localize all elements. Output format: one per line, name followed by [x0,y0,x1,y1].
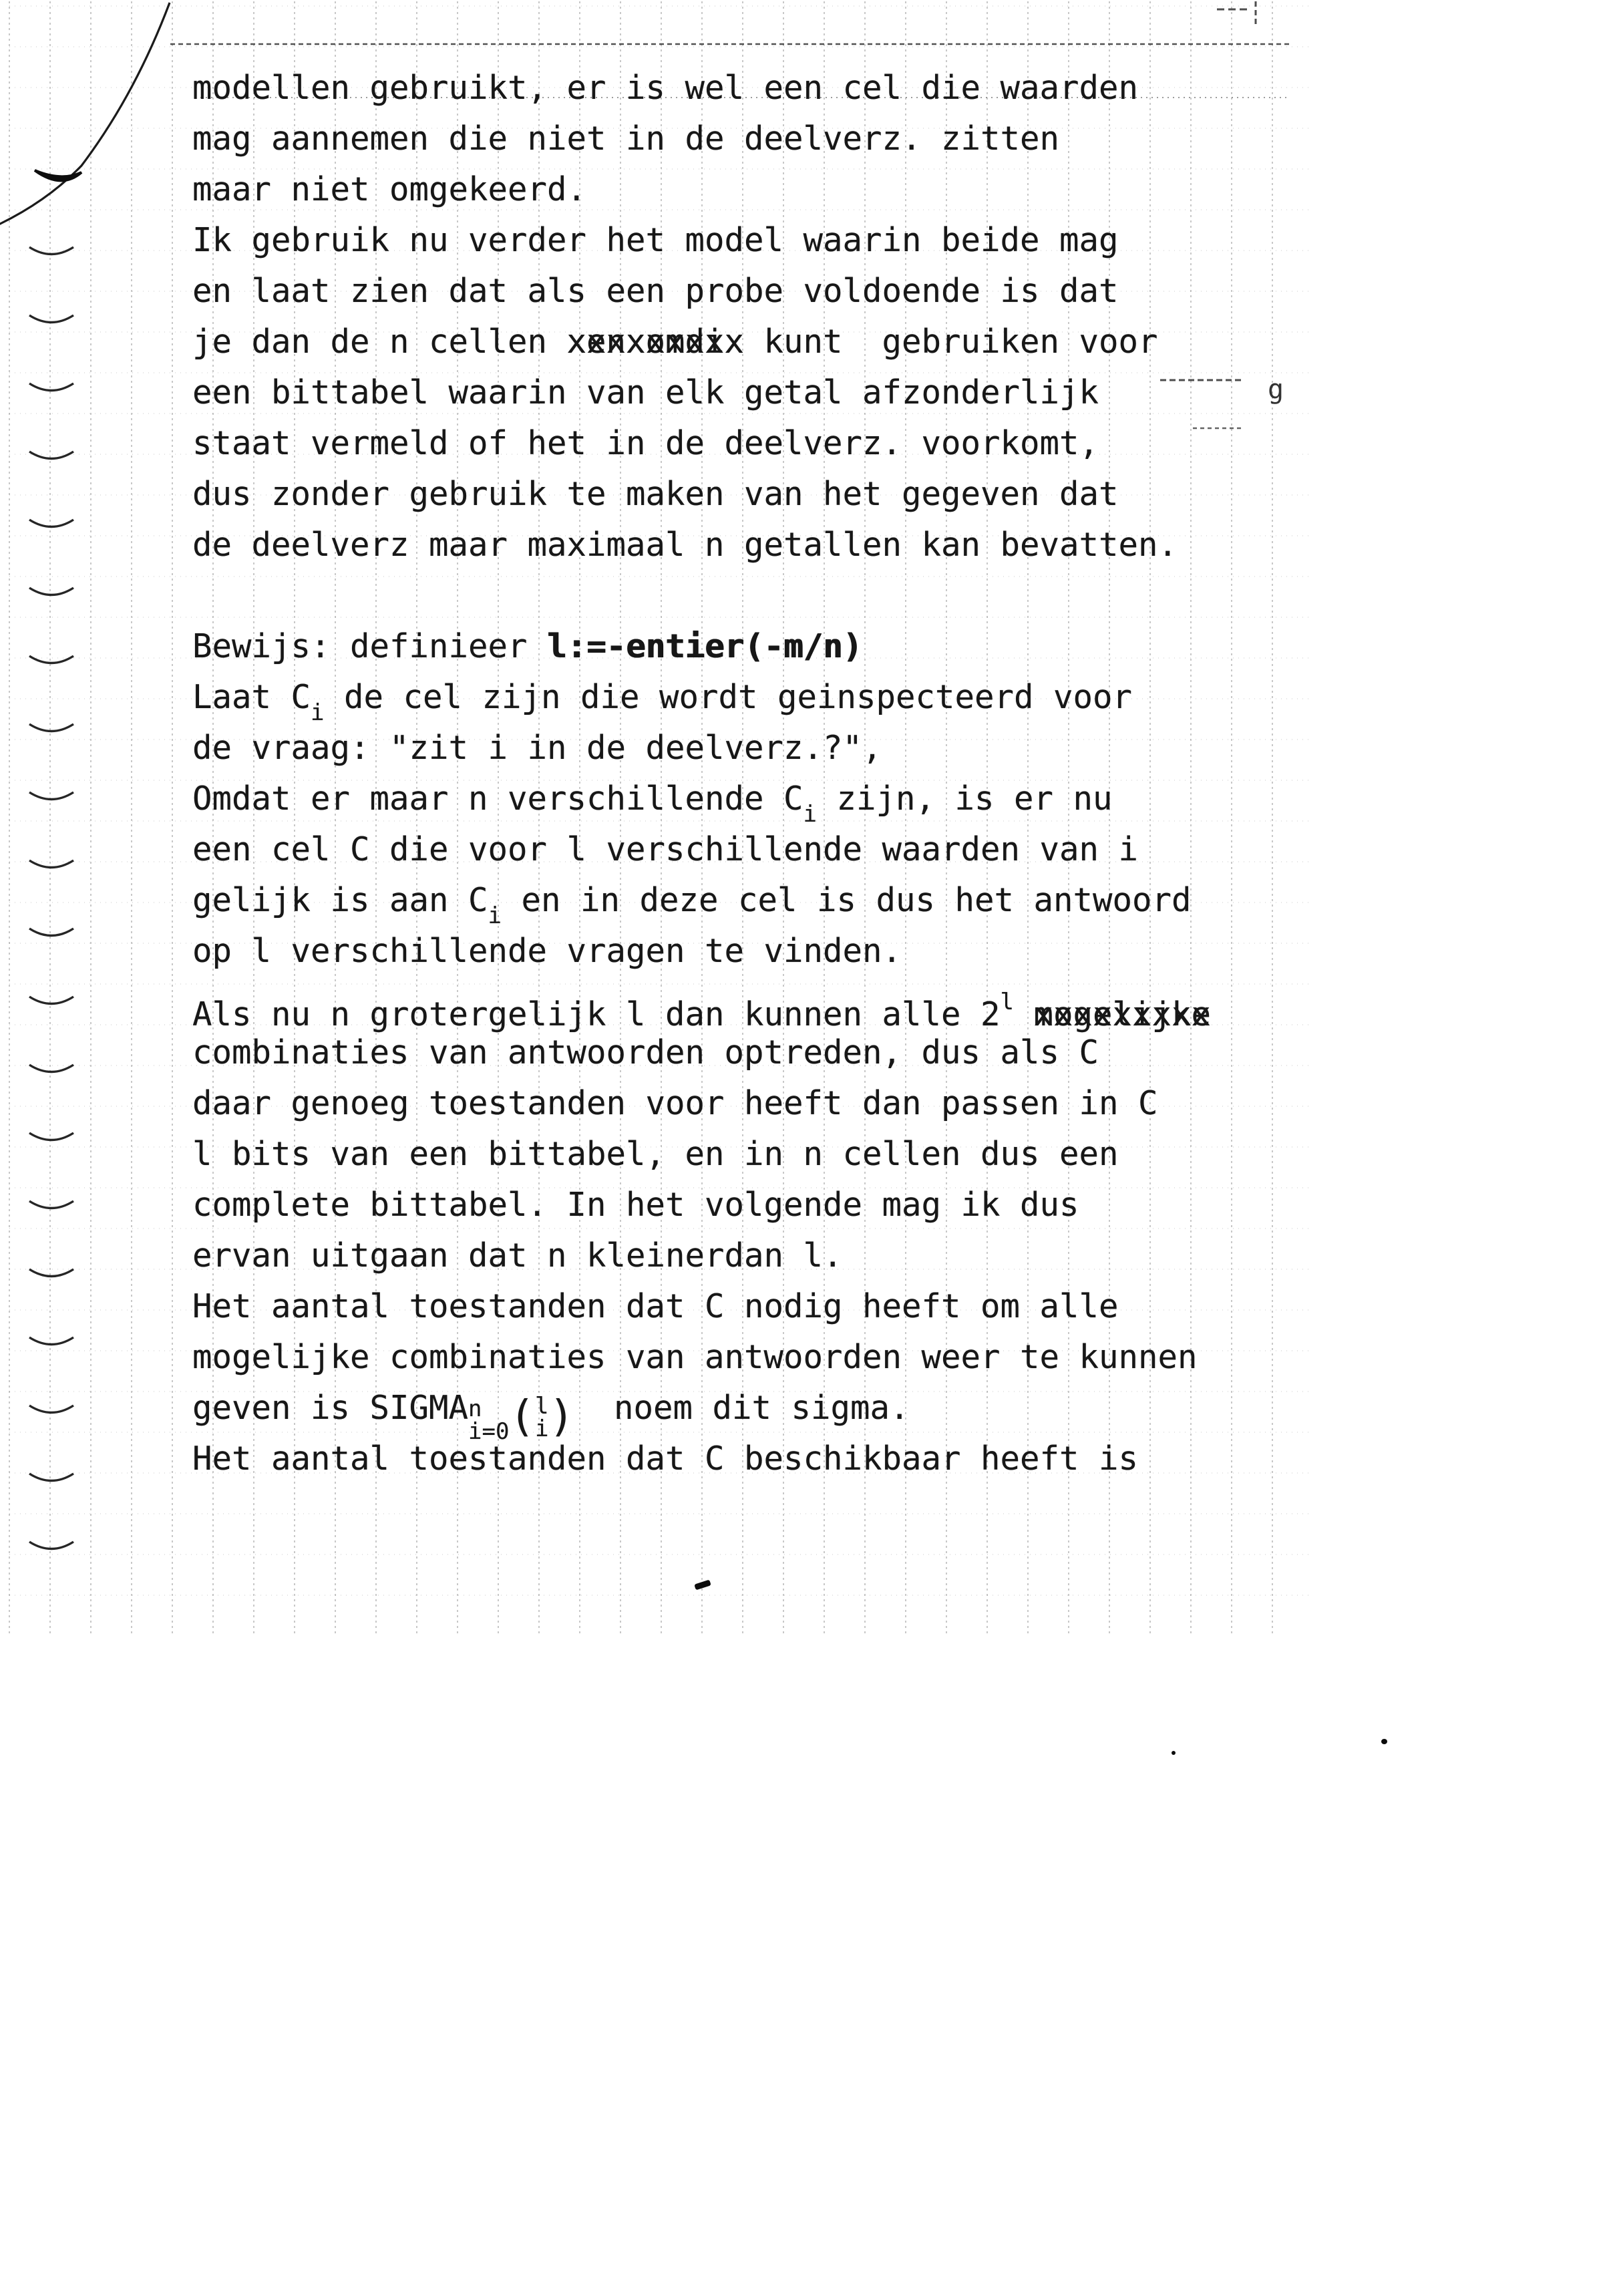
binding-arc [29,656,73,663]
text-line: en laat zien dat als een probe voldoende… [192,266,1211,317]
text-line: een cel C die voor l verschillende waard… [192,824,1211,875]
scanned-page: modellen gebruikt, er is wel een cel die… [0,0,1609,2296]
binding-arc [29,1474,73,1481]
text-line [192,570,1211,621]
binding-arc [29,1065,73,1072]
binding-arcs [29,247,73,1549]
binding-arc [29,1269,73,1277]
text-line: een bittabel waarin van elk getal afzond… [192,367,1211,418]
text-line: modellen gebruikt, er is wel een cel die… [192,63,1211,114]
text-line: Het aantal toestanden dat C nodig heeft … [192,1281,1211,1332]
binding-arc [29,1337,73,1345]
sigma-symbol: SIGMA [370,1389,469,1427]
subscript: i [488,903,502,929]
crossed-out-word: mogelijkexxxxxxxxx [1034,989,1212,1040]
text-line: geven is SIGMAni=0(li) noem dit sigma. [192,1383,1211,1434]
text-line: Bewijs: definieer l:=-entier(-m/n) [192,621,1211,672]
text-line: gelijk is aan Ci en in deze cel is dus h… [192,875,1211,926]
text-line: je dan de n cellen xenxomdixxxxxxxxxx ku… [192,317,1211,367]
text-line: Laat Ci de cel zijn die wordt geinspecte… [192,672,1211,723]
binding-arc [29,792,73,800]
text-line: Ik gebruik nu verder het model waarin be… [192,215,1211,266]
text-line: staat vermeld of het in de deelverz. voo… [192,418,1211,469]
binding-arc [29,520,73,527]
binding-arc [29,1406,73,1413]
crossed-out-word: xenxomdixxxxxxxxxx [567,317,745,367]
text-line: op l verschillende vragen te vinden. [192,926,1211,977]
text-line: Als nu n grotergelijk l dan kunnen alle … [192,977,1211,1027]
text-line: mogelijke combinaties van antwoorden wee… [192,1332,1211,1383]
text-line: Het aantal toestanden dat C beschikbaar … [192,1434,1211,1484]
binding-arc [29,1133,73,1140]
binding-arc [29,588,73,595]
binding-arc [29,1542,73,1549]
text-line: maar niet omgekeerd. [192,164,1211,215]
edge-partial-character: g [1268,374,1284,405]
subscript: i [311,699,324,726]
text-line: de vraag: "zit i in de deelverz.?", [192,723,1211,774]
ink-speck [1172,1751,1176,1755]
text-line: de deelverz maar maximaal n getallen kan… [192,520,1211,570]
binding-arc [29,860,73,868]
typewritten-text: modellen gebruikt, er is wel een cel die… [192,63,1211,1484]
subscript: i [803,801,817,828]
binding-arc [29,997,73,1004]
binding-arc [29,929,73,936]
page-crease [0,3,170,226]
binding-arc [29,724,73,731]
text-line: l bits van een bittabel, en in n cellen … [192,1129,1211,1180]
binding-arc [29,383,73,391]
ink-speck [1381,1739,1387,1744]
binding-arc [29,247,73,255]
text-line: complete bittabel. In het volgende mag i… [192,1180,1211,1231]
binding-arc [29,1201,73,1208]
superscript: l [1001,989,1014,1015]
text-line: dus zonder gebruik te maken van het gege… [192,469,1211,520]
binding-arc [29,452,73,459]
text-line: ervan uitgaan dat n kleinerdan l. [192,1231,1211,1281]
text-line: daar genoeg toestanden voor heeft dan pa… [192,1078,1211,1129]
text-line: Omdat er maar n verschillende Ci zijn, i… [192,774,1211,824]
text-line: mag aannemen die niet in de deelverz. zi… [192,114,1211,164]
binding-arc [29,315,73,323]
